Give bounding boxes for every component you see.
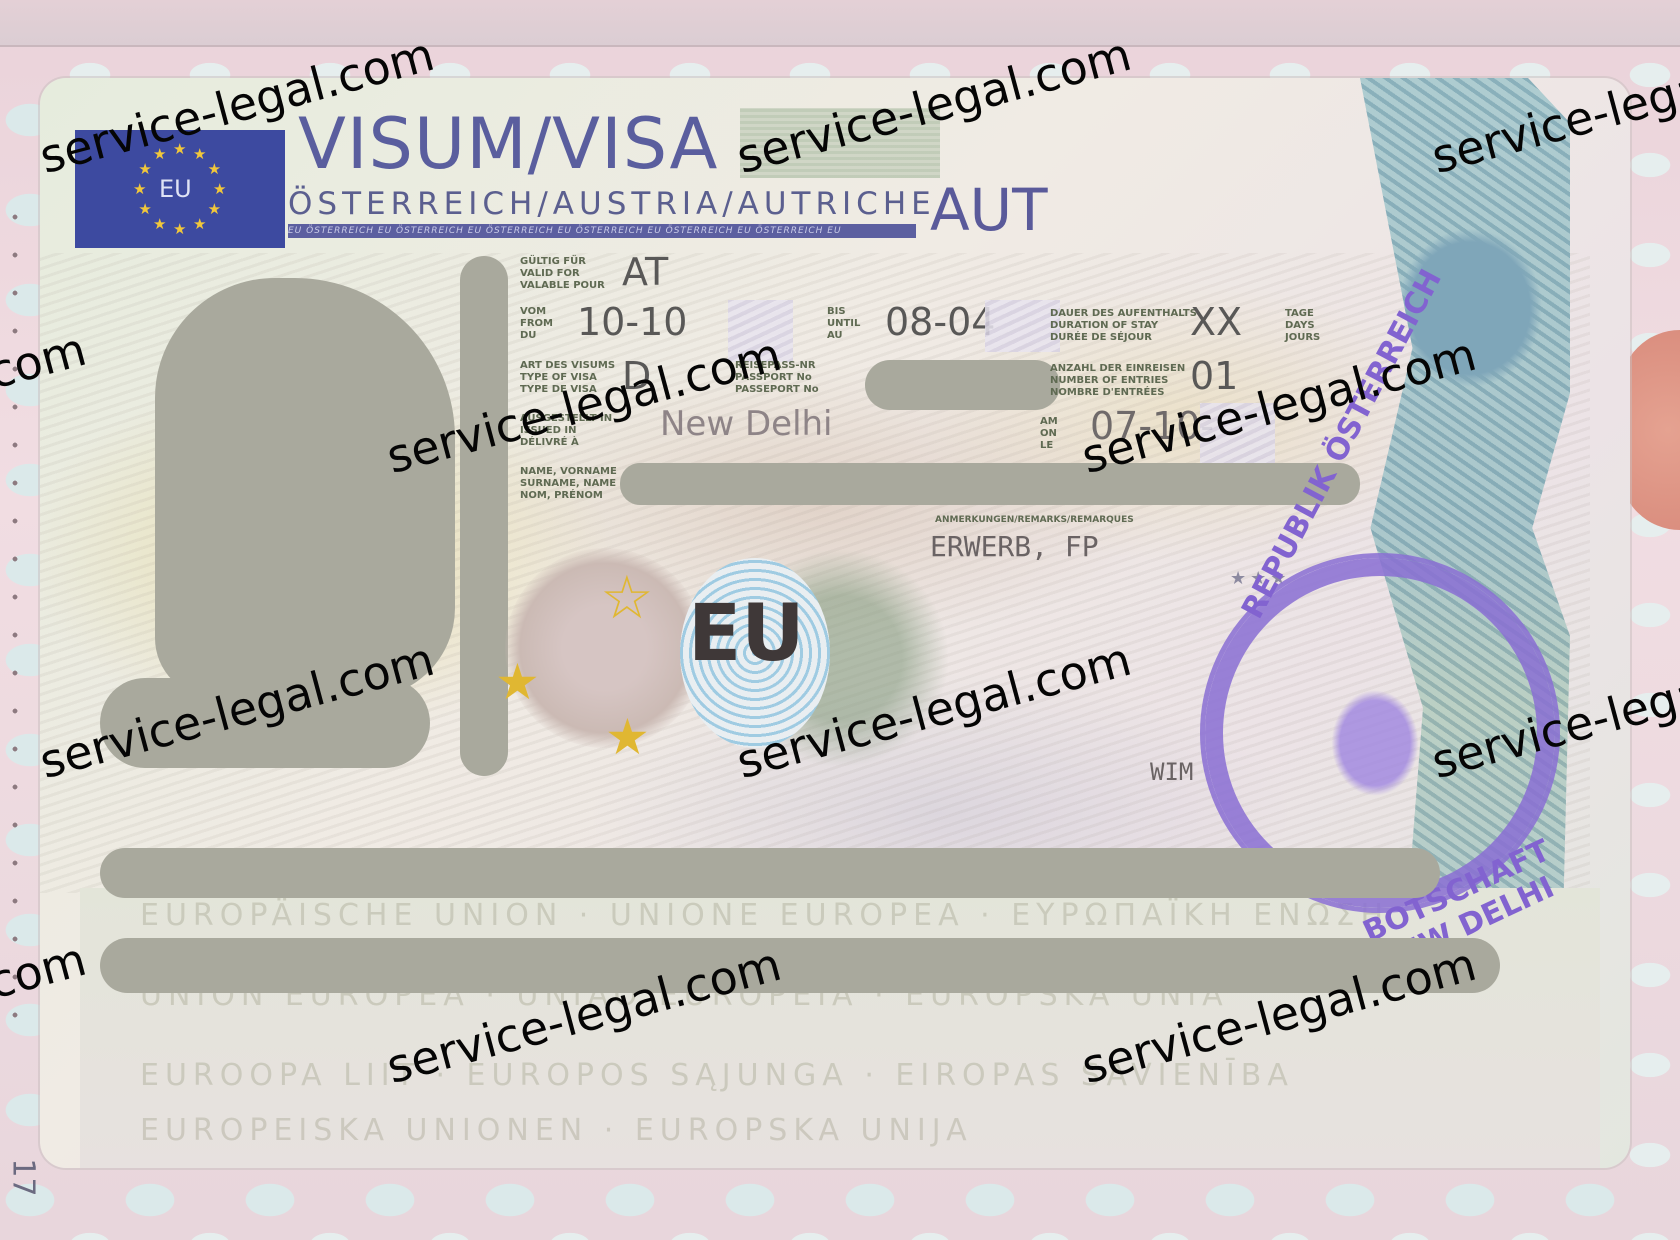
star-icon: ★ (605, 708, 650, 766)
star-icon: ★ (138, 162, 151, 177)
star-icon: ★ (153, 217, 166, 232)
mrz-line1-redaction (100, 848, 1440, 898)
value-issued-in: New Delhi (660, 404, 833, 444)
label-duration-of-stay: DAUER DES AUFENTHALTS DURATION OF STAY D… (1050, 308, 1197, 344)
name-redaction (620, 463, 1360, 505)
page-number: 17 (6, 1158, 41, 1196)
country-code: AUT (930, 176, 1048, 244)
star-icon: ★ (213, 182, 226, 197)
label-from: VOM FROM DU (520, 306, 553, 342)
label-valid-for: GÜLTIG FÜR VALID FOR VALABLE POUR (520, 256, 605, 292)
value-remarks: ERWERB, FP (930, 530, 1099, 563)
issuer-initials: WIM (1150, 758, 1193, 786)
value-valid-for: AT (622, 250, 668, 294)
star-icon: ★ (208, 202, 221, 217)
star-icon: ★ (208, 162, 221, 177)
eu-flag-label: EU (159, 175, 192, 203)
microprint-band: EU ÖSTERREICH EU ÖSTERREICH EU ÖSTERREIC… (288, 224, 916, 238)
perforation-dots (8, 210, 22, 1030)
label-issued-on: AM ON LE (1040, 416, 1058, 452)
star-icon: ★ (193, 217, 206, 232)
star-icon: ★ (138, 202, 151, 217)
previous-page-edge (0, 0, 1680, 47)
star-icon: ★ (495, 653, 540, 711)
label-remarks: ANMERKUNGEN/REMARKS/REMARQUES (935, 514, 1134, 526)
mrz-background-text: EUROPÄISCHE UNION · UNIONE EUROPEA · ΕΥΡ… (140, 898, 1389, 933)
eu-seal-label: EU (688, 598, 758, 670)
value-until: 08-04 (885, 300, 995, 344)
value-from: 10-10 (577, 300, 687, 344)
mrz-background-text: EUROPEISKA UNIONEN · EUROPSKA UNIJA (140, 1113, 973, 1148)
issuing-country: ÖSTERREICH/AUSTRIA/AUTRICHE (288, 186, 936, 222)
star-icon: ★ (173, 222, 186, 237)
date-redaction (985, 300, 1060, 352)
star-icon: ☆ (600, 563, 654, 633)
label-name: NAME, VORNAME SURNAME, NAME NOM, PRÉNOM (520, 466, 617, 502)
star-icon: ★ (193, 147, 206, 162)
visa-title: VISUM/VISA (298, 103, 718, 185)
label-days: TAGE DAYS JOURS (1285, 308, 1320, 344)
star-icon: ★ (133, 182, 146, 197)
label-number-of-entries: ANZAHL DER EINREISEN NUMBER OF ENTRIES N… (1050, 363, 1185, 399)
passport-no-redaction (865, 360, 1060, 410)
label-until: BIS UNTIL AU (827, 306, 860, 342)
value-duration-of-stay: XX (1190, 300, 1242, 344)
